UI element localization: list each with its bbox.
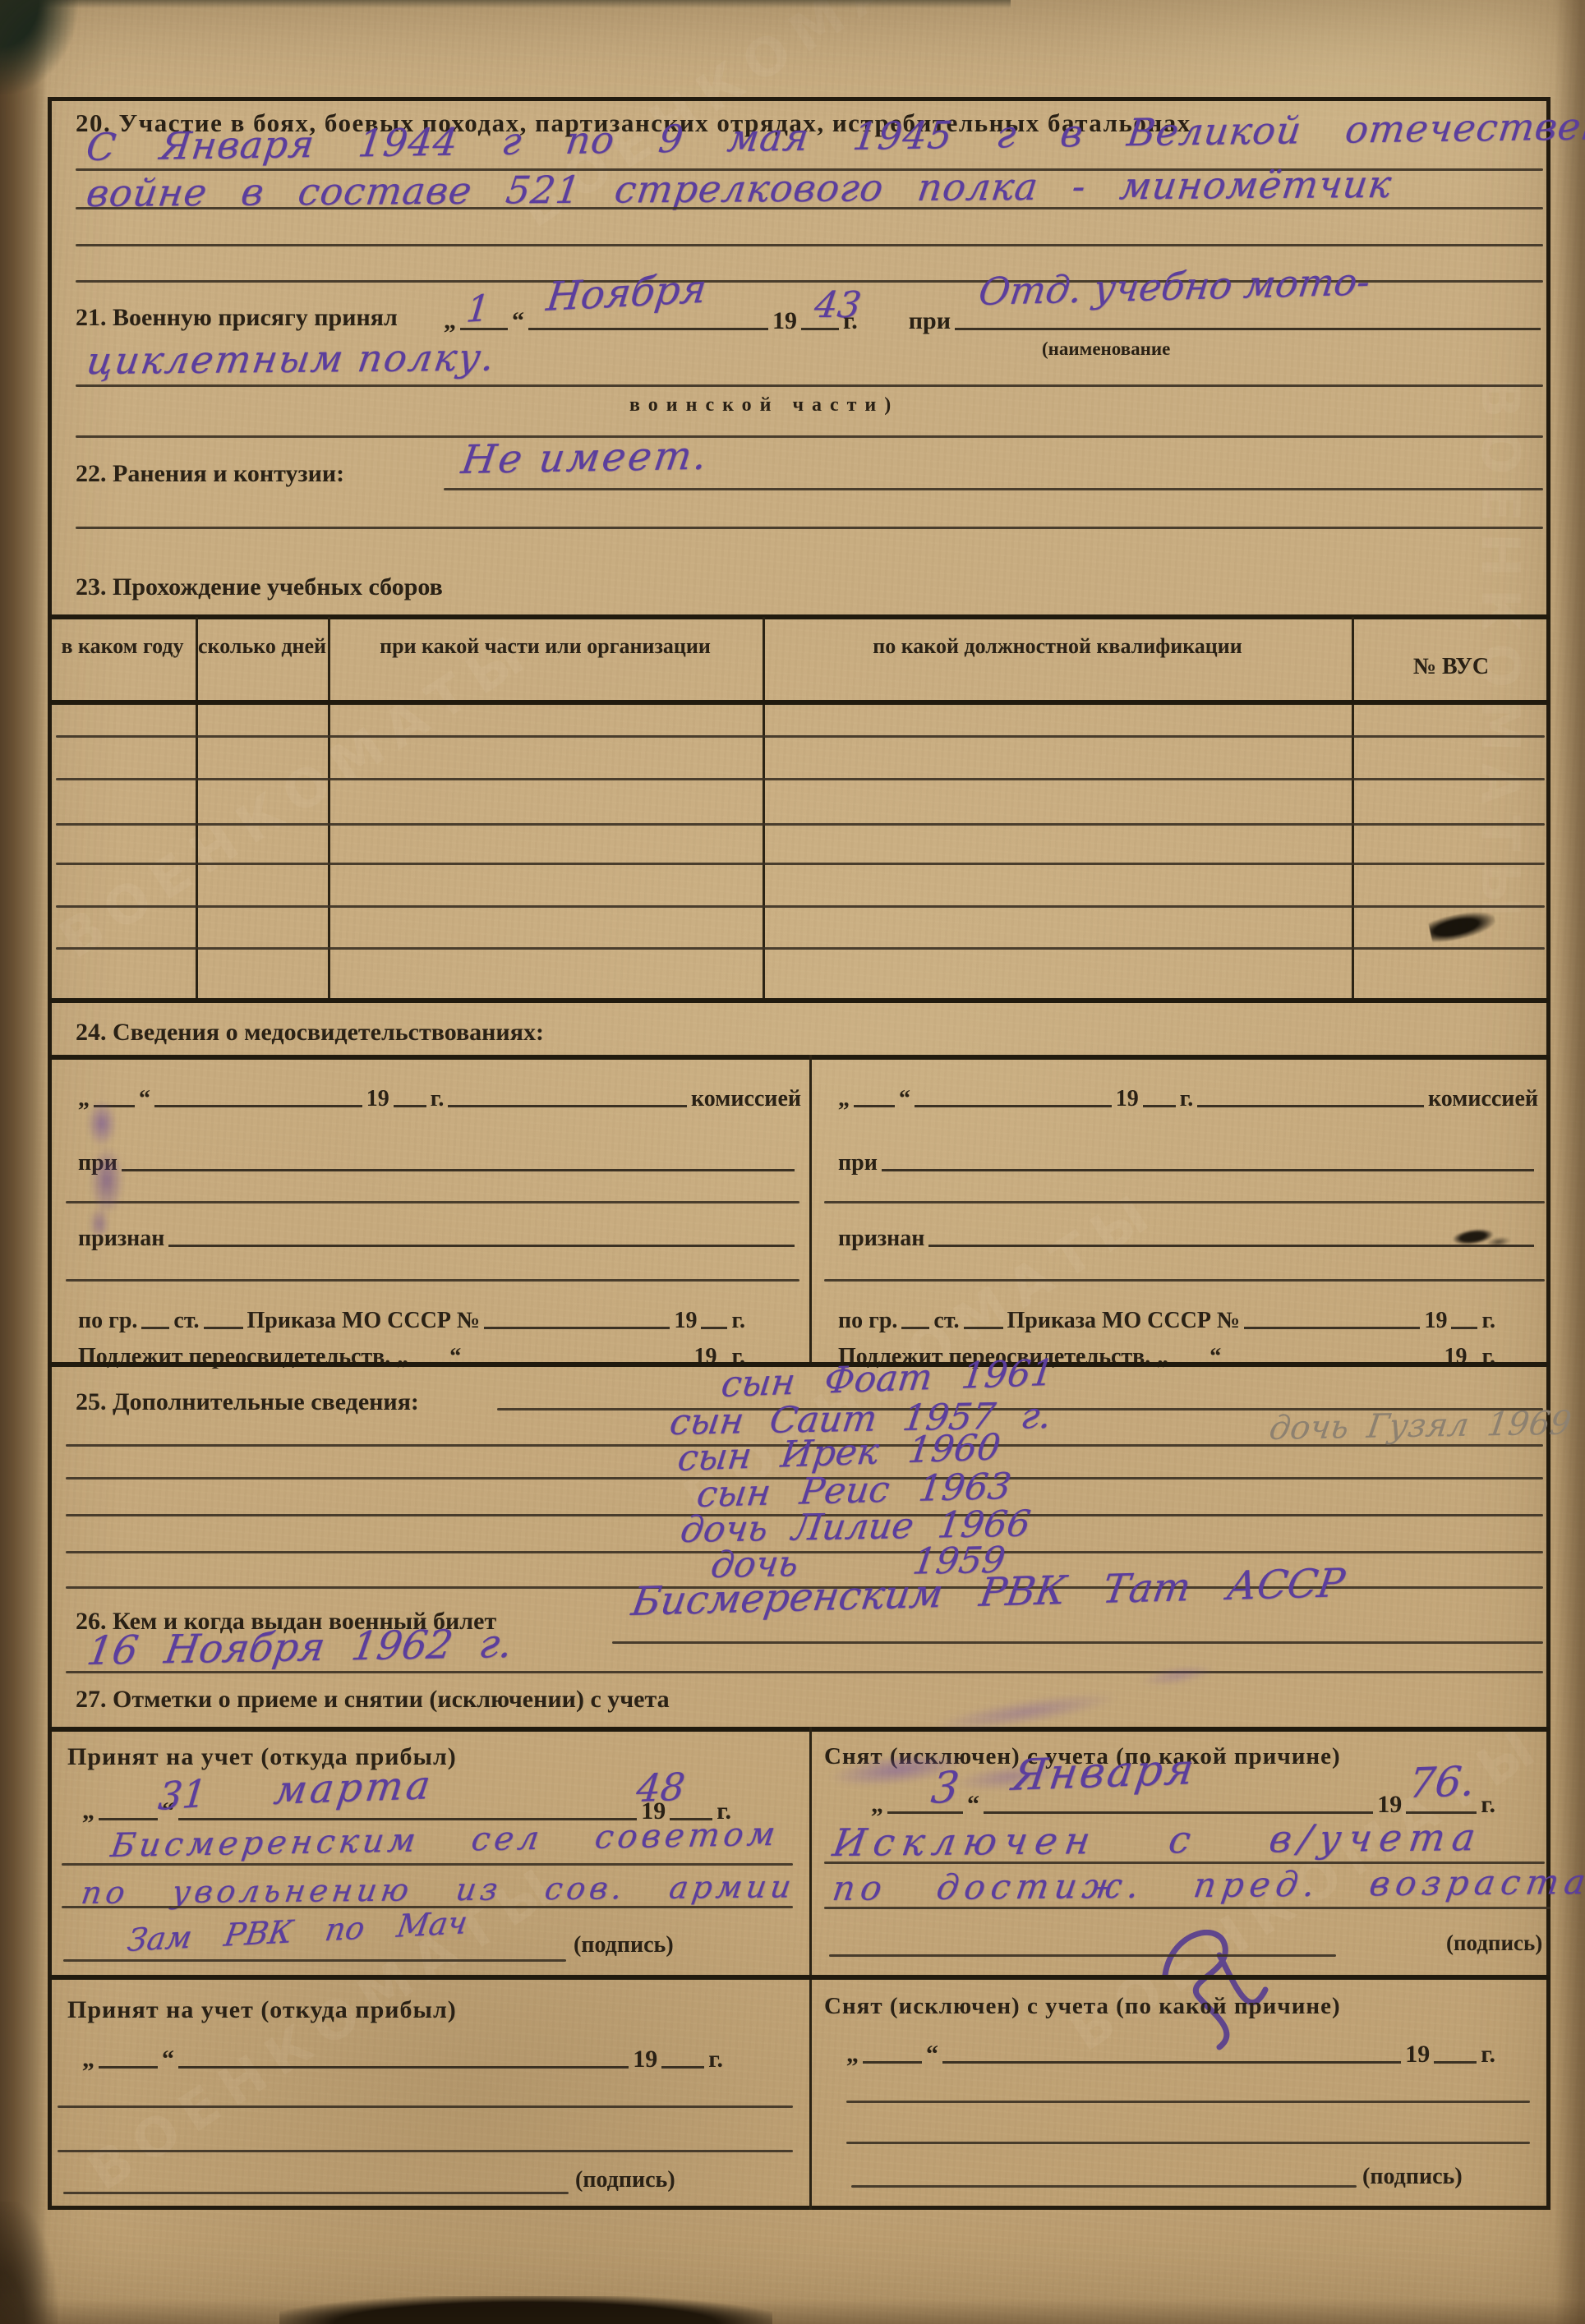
- blank-line: [928, 1235, 1534, 1247]
- corner-stain-top-left: [0, 0, 78, 94]
- ruled-line: [63, 2192, 569, 2194]
- bottom-ink-smudge: [279, 2296, 772, 2324]
- section22-label-text: Ранения и контузии:: [113, 460, 344, 487]
- blank-line: [448, 1095, 687, 1107]
- military-service-record-page: ВОЕНКОМАТЫ ВОЕНКОМАТЫ ВОЕНКОМАТЫ ВОЕНКОМ…: [0, 0, 1585, 2324]
- signature-caption: (подпись): [574, 1932, 674, 1958]
- blank-line: [882, 1159, 1534, 1171]
- remove-block-label: Снят (исключен) с учета (по какой причин…: [824, 1993, 1341, 2020]
- section21-label-text: Военную присягу принял: [113, 304, 398, 331]
- blank-line: [1434, 2051, 1477, 2064]
- quote-close: “: [967, 1792, 979, 1817]
- ruled-line: [63, 1959, 566, 1962]
- ruled-line: [66, 1279, 799, 1282]
- table-row-line: [56, 947, 1545, 950]
- section22-number: 22.: [76, 460, 107, 487]
- ruled-line: [851, 2185, 1357, 2188]
- section27-top-border: [49, 1727, 1550, 1732]
- article-label: ст.: [173, 1309, 199, 1332]
- ruled-line: [76, 384, 1543, 387]
- section24-top-border: [49, 1055, 1550, 1060]
- handwriting-oath-year: 43: [812, 284, 864, 326]
- handwriting-extra-entry-pencil: дочь Гузял 1969: [1267, 1404, 1573, 1447]
- blank-line: [984, 1802, 1373, 1814]
- table-header-days: сколько дней: [197, 631, 327, 662]
- handwriting-accept-day: 31: [156, 1770, 209, 1819]
- quote-open: „: [846, 2042, 859, 2067]
- recognized-label: признан: [78, 1227, 164, 1250]
- quote-open: „: [444, 309, 456, 334]
- signature-caption: (подпись): [1446, 1931, 1542, 1956]
- handwriting-accept-reason: по увольнению из сов. армии: [79, 1868, 798, 1911]
- quote-open: „: [871, 1792, 883, 1817]
- blank-line: [122, 1159, 795, 1171]
- at-label: при: [838, 1152, 878, 1175]
- year-suffix: г.: [1481, 2042, 1495, 2067]
- year-prefix: 19: [1424, 1309, 1447, 1332]
- blank-line: [1143, 1095, 1176, 1107]
- blank-line: [99, 1808, 158, 1820]
- quote-open: „: [82, 2047, 94, 2072]
- paper-edge-top: [0, 0, 1011, 8]
- ruled-line: [66, 1201, 799, 1203]
- section21-label: 21. Военную присягу принял: [76, 304, 398, 332]
- blank-line: [942, 2051, 1401, 2064]
- ruled-line: [824, 1279, 1545, 1282]
- blank-line: [1244, 1317, 1420, 1329]
- recognized-label: признан: [838, 1227, 924, 1250]
- year-suffix: г.: [731, 1309, 745, 1332]
- blank-line: [901, 1317, 929, 1329]
- year-prefix: 19: [1116, 1088, 1139, 1111]
- section27-title-text: Отметки о приеме и снятии (исключении) с…: [113, 1686, 670, 1713]
- year-prefix: 19: [1377, 1792, 1402, 1817]
- commission-label: комиссией: [691, 1088, 801, 1111]
- handwriting-oath-month: Ноября: [544, 265, 709, 320]
- article-label: ст.: [933, 1309, 959, 1332]
- ruled-line: [76, 244, 1543, 246]
- year-prefix: 19: [674, 1309, 697, 1332]
- section25-label-text: Дополнительные сведения:: [113, 1388, 419, 1415]
- table-header-border: [49, 700, 1550, 705]
- section24-divider: [809, 1055, 812, 1364]
- blank-line: [178, 2056, 629, 2069]
- section22-label: 22. Ранения и контузии:: [76, 460, 344, 488]
- accept-block-label: Принят на учет (откуда прибыл): [67, 1996, 457, 2024]
- paper-edge-right: [1555, 0, 1585, 2324]
- order-label: Приказа МО СССР №: [1007, 1309, 1241, 1332]
- handwriting-issued-date: 16 Ноября 1962 г.: [84, 1621, 516, 1674]
- blank-line: [863, 2051, 922, 2064]
- order-label: Приказа МО СССР №: [247, 1309, 481, 1332]
- quote-close: “: [926, 2042, 938, 2067]
- med-date-line: „ “ 19 г. комиссией: [838, 1065, 1538, 1111]
- med-recognized-line: признан: [838, 1209, 1538, 1250]
- group-label: по гр.: [838, 1309, 897, 1332]
- section24-title: 24. Сведения о медосвидетельствованиях:: [76, 1019, 544, 1047]
- quote-open: „: [78, 1088, 90, 1111]
- remove-date-line: „ “ 19 г.: [846, 2018, 1495, 2067]
- med-at-line: при: [78, 1134, 799, 1175]
- blank-line: [99, 2056, 158, 2069]
- blank-line: [528, 318, 768, 330]
- table-column-line: [763, 617, 765, 998]
- quote-close: “: [899, 1088, 910, 1111]
- med-date-line: „ “ 19 г. комиссией: [78, 1065, 801, 1111]
- signature-caption: (подпись): [575, 2167, 675, 2193]
- military-unit-caption: воинской части): [629, 394, 899, 416]
- handwriting-remove-month: Января: [1009, 1745, 1200, 1801]
- blank-line: [154, 1095, 362, 1107]
- ruled-line: [829, 1954, 1336, 1957]
- unit-name-caption: (наименование: [1042, 338, 1170, 360]
- ruled-line: [58, 2105, 793, 2108]
- ruled-line: [444, 488, 1543, 490]
- section21-number: 21.: [76, 304, 107, 331]
- at-label: при: [909, 309, 951, 334]
- paper-edge-left: [0, 0, 48, 2324]
- blank-line: [394, 1095, 426, 1107]
- table-row-line: [56, 905, 1545, 908]
- year-suffix: г.: [431, 1088, 445, 1111]
- blank-line: [204, 1317, 243, 1329]
- table-bottom-border: [49, 998, 1550, 1003]
- med-order-line: по гр. ст. Приказа МО СССР № 19 г.: [838, 1296, 1495, 1332]
- blank-line: [168, 1235, 795, 1247]
- handwriting-remove-reason1: Исключен с в/учета: [830, 1815, 1486, 1865]
- table-header-vus: № ВУС: [1353, 651, 1549, 684]
- ruled-line: [824, 1201, 1545, 1203]
- section23-number: 23.: [76, 573, 107, 601]
- blank-line: [94, 1095, 135, 1107]
- blank-line: [484, 1317, 670, 1329]
- blank-line: [701, 1317, 727, 1329]
- blank-line: [854, 1095, 895, 1107]
- section25-number: 25.: [76, 1388, 107, 1415]
- section27-number: 27.: [76, 1686, 107, 1713]
- year-suffix: г.: [1481, 1309, 1495, 1332]
- year-prefix: 19: [366, 1088, 389, 1111]
- ruled-line: [58, 2150, 793, 2152]
- section27-row-divider: [49, 1975, 1550, 1980]
- corner-stain-bottom-left: [0, 2202, 58, 2324]
- group-label: по гр.: [78, 1309, 137, 1332]
- ruled-line: [66, 1671, 1543, 1673]
- section24-title-text: Сведения о медосвидетельствованиях:: [113, 1019, 544, 1046]
- ruled-line: [846, 2142, 1530, 2144]
- med-recognized-line: признан: [78, 1209, 799, 1250]
- ruled-line: [846, 2101, 1530, 2103]
- section27-divider: [809, 1727, 812, 2210]
- section25-label: 25. Дополнительные сведения:: [76, 1388, 419, 1416]
- section24-number: 24.: [76, 1019, 107, 1046]
- table-column-line: [196, 617, 198, 998]
- quote-close: “: [139, 1088, 150, 1111]
- blank-line: [964, 1317, 1003, 1329]
- handwriting-oath-day: 1: [464, 288, 491, 331]
- paper-edge-bottom: [0, 2299, 1585, 2324]
- table-row-line: [56, 735, 1545, 738]
- ruled-line: [612, 1641, 1543, 1644]
- table-row-line: [56, 778, 1545, 780]
- med-at-line: при: [838, 1134, 1538, 1175]
- blank-line: [141, 1317, 169, 1329]
- quote-close: “: [512, 309, 524, 334]
- ruled-line: [76, 527, 1543, 529]
- med-order-line: по гр. ст. Приказа МО СССР № 19 г.: [78, 1296, 745, 1332]
- table-header-unit: при какой части или организации: [329, 631, 762, 662]
- signature-caption: (подпись): [1362, 2164, 1463, 2190]
- blank-line: [661, 2056, 704, 2069]
- section23-title: 23. Прохождение учебных сборов: [76, 573, 443, 601]
- handwriting-accept-month: марта: [271, 1762, 436, 1814]
- table-row-line: [56, 823, 1545, 826]
- ruled-line: [62, 1863, 793, 1866]
- handwriting-accept-year: 48: [634, 1765, 687, 1811]
- year-suffix: г.: [1180, 1088, 1194, 1111]
- handwriting-oath-unit-line2: циклетным полку.: [84, 335, 499, 383]
- commission-label: комиссией: [1428, 1088, 1538, 1111]
- year-prefix: 19: [772, 309, 797, 334]
- handwriting-remove-reason2: по достиж. пред. возраста.: [830, 1862, 1585, 1908]
- section27-title: 27. Отметки о приеме и снятии (исключени…: [76, 1686, 670, 1714]
- table-top-border: [49, 614, 1550, 619]
- ruled-line: [76, 435, 1543, 438]
- handwriting-wounds: Не имеет.: [458, 433, 712, 483]
- handwriting-remove-year: 76.: [1407, 1757, 1477, 1807]
- quote-close: “: [162, 2047, 174, 2072]
- accept-date-line: „ “ 19 г.: [82, 2023, 723, 2072]
- blank-line: [1451, 1317, 1477, 1329]
- at-label: при: [78, 1152, 117, 1175]
- year-prefix: 19: [1405, 2042, 1430, 2067]
- blank-line: [1197, 1095, 1424, 1107]
- year-prefix: 19: [633, 2047, 657, 2072]
- table-header-year: в каком году: [52, 631, 193, 662]
- quote-open: „: [838, 1088, 850, 1111]
- blank-line: [915, 1095, 1112, 1107]
- table-row-line: [56, 863, 1545, 865]
- table-column-line: [328, 617, 330, 998]
- table-header-qualification: по какой должностной квалификации: [764, 631, 1351, 662]
- quote-open: „: [82, 1799, 94, 1824]
- year-suffix: г.: [708, 2047, 723, 2072]
- ruled-line: [76, 207, 1543, 209]
- blank-line: [955, 318, 1541, 330]
- section23-title-text: Прохождение учебных сборов: [113, 573, 443, 601]
- year-suffix: г.: [1481, 1792, 1495, 1817]
